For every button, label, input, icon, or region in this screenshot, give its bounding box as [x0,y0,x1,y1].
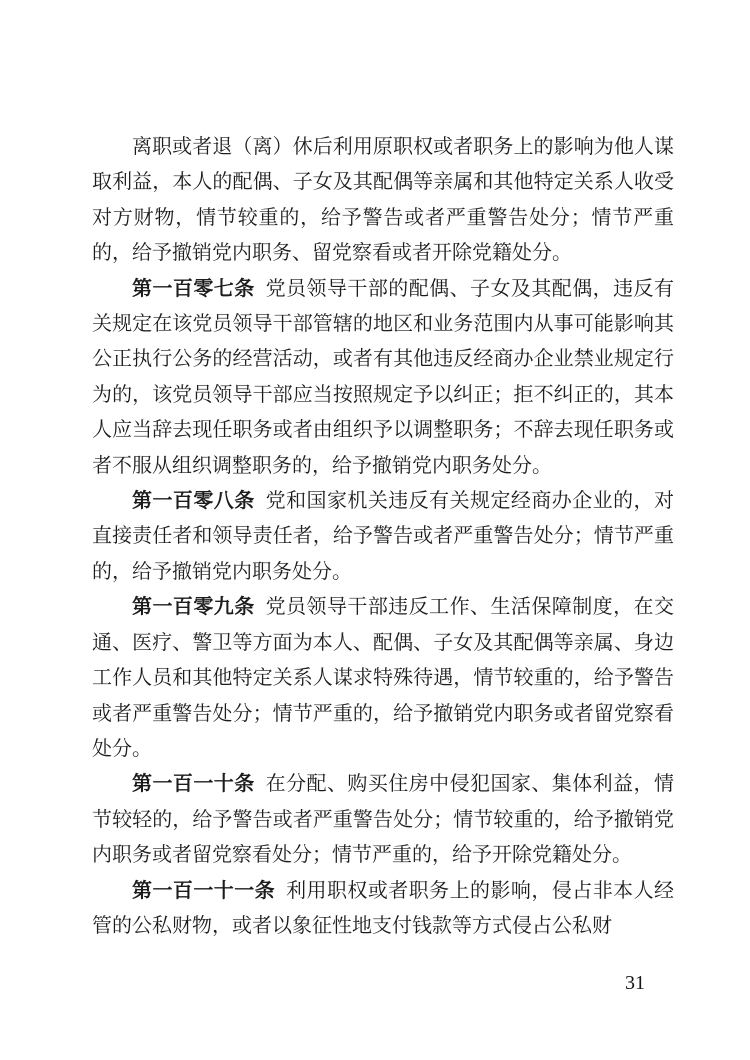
paragraph-text: 离职或者退（离）休后利用原职权或者职务上的影响为他人谋取利益，本人的配偶、子女及… [92,136,674,264]
paragraph: 第一百零九条党员领导干部违反工作、生活保障制度，在交通、医疗、警卫等方面为本人、… [92,590,674,767]
article-number: 第一百一十条 [132,773,255,795]
paragraph: 第一百一十一条利用职权或者职务上的影响，侵占非本人经管的公私财物，或者以象征性地… [92,874,674,945]
page-number: 31 [0,970,645,996]
article-number: 第一百一十一条 [132,880,275,902]
paragraph: 离职或者退（离）休后利用原职权或者职务上的影响为他人谋取利益，本人的配偶、子女及… [92,130,674,272]
paragraph: 第一百零八条党和国家机关违反有关规定经商办企业的，对直接责任者和领导责任者，给予… [92,484,674,590]
article-number: 第一百零八条 [132,490,255,512]
paragraph: 第一百一十条在分配、购买住房中侵犯国家、集体利益，情节较轻的，给予警告或者严重警… [92,767,674,873]
document-page: 离职或者退（离）休后利用原职权或者职务上的影响为他人谋取利益，本人的配偶、子女及… [0,0,750,1060]
paragraph-text: 党员领导干部违反工作、生活保障制度，在交通、医疗、警卫等方面为本人、配偶、子女及… [92,596,674,760]
paragraph-text: 党员领导干部的配偶、子女及其配偶，违反有关规定在该党员领导干部管辖的地区和业务范… [92,278,674,477]
paragraph: 第一百零七条党员领导干部的配偶、子女及其配偶，违反有关规定在该党员领导干部管辖的… [92,272,674,484]
body-text: 离职或者退（离）休后利用原职权或者职务上的影响为他人谋取利益，本人的配偶、子女及… [92,130,674,944]
article-number: 第一百零七条 [132,278,255,300]
article-number: 第一百零九条 [132,596,255,618]
